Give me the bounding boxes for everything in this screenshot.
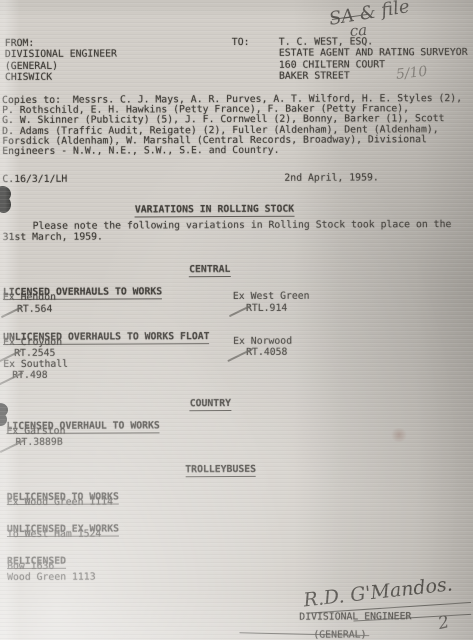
- stock-place: Ex Hendon: [3, 292, 56, 303]
- stock-place: Ex Norwood: [233, 335, 292, 346]
- copies-line: Engineers - N.W., N.E., S.W., S.E. and C…: [2, 145, 462, 157]
- stock-place: Ex Croydon: [3, 336, 62, 347]
- intro-line-2: 31st March, 1959.: [3, 232, 103, 243]
- stock-place: Ex West Green: [233, 291, 310, 302]
- letter-title: VARIATIONS IN ROLLING STOCK: [135, 204, 294, 217]
- section-heading-country: COUNTRY: [190, 398, 231, 411]
- handwritten-margin-note: 5/10: [395, 64, 428, 83]
- handwritten-signature: R.D. G'Mandos.: [302, 573, 453, 611]
- intro-line-1: Please note the following variations in …: [3, 219, 452, 232]
- stock-line: Bow 1636: [7, 561, 54, 572]
- recipient-address-1: 160 CHILTERN COURT: [279, 59, 385, 70]
- recipient-title: ESTATE AGENT AND RATING SURVEYOR: [279, 47, 468, 59]
- copies-paragraph: Copies to: Messrs. C. J. Mays, A. R. Pur…: [2, 94, 462, 157]
- paper-stain: [390, 428, 408, 442]
- from-label: FROM:: [5, 38, 35, 49]
- from-line-2: (GENERAL): [5, 60, 58, 71]
- to-label: TO:: [232, 37, 250, 48]
- stock-line: To West Ham 1524: [7, 529, 101, 540]
- stock-line: Wood Green 1113: [7, 572, 96, 583]
- section-heading-central: CENTRAL: [189, 264, 230, 277]
- letter-date: 2nd April, 1959.: [284, 172, 378, 183]
- stock-place: Ex Southall: [3, 359, 68, 370]
- from-line-1: DIVISIONAL ENGINEER: [5, 49, 117, 60]
- section-heading-trolleybuses: TROLLEYBUSES: [185, 464, 256, 477]
- stock-line: Ex Wood Green 1114: [7, 497, 113, 508]
- from-line-3: CHISWICK: [5, 72, 52, 83]
- stock-number: RTL.914: [246, 302, 287, 313]
- stock-place: Ex Garston: [6, 426, 65, 437]
- recipient-address-2: BAKER STREET: [279, 71, 350, 82]
- recipient-name: T. C. WEST, ESQ.: [279, 36, 373, 47]
- handwritten-filing-note: SA & file: [328, 0, 412, 30]
- reference-number: C.16/3/1/LH: [2, 174, 67, 185]
